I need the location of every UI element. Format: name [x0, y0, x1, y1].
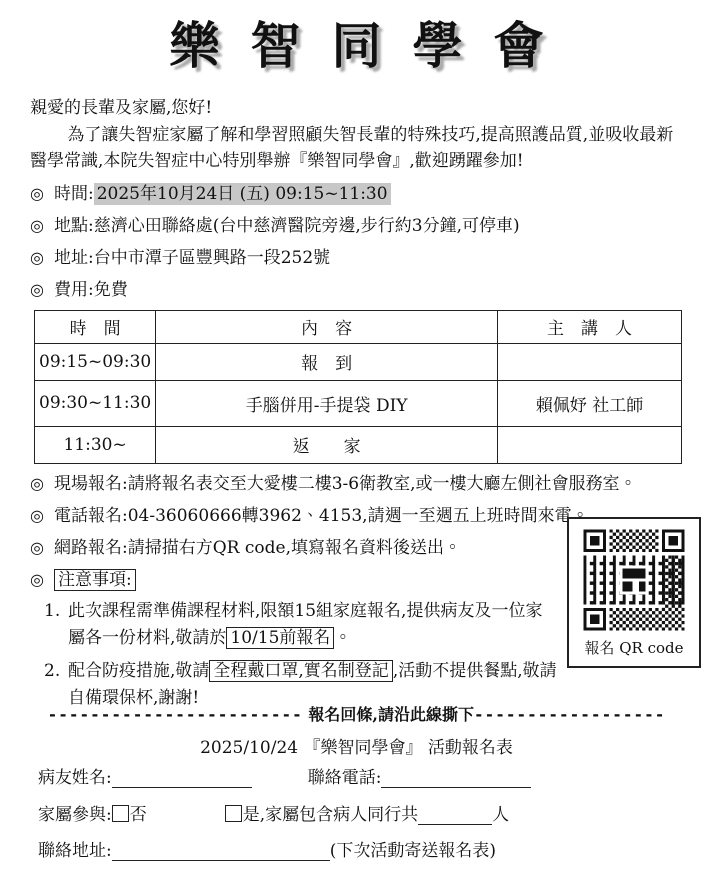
cell-time: 09:30~11:30 [35, 380, 156, 426]
checkbox-no-label: 否 [130, 805, 147, 825]
qr-code-box: 報名 QR code [567, 517, 701, 668]
cell-speaker [498, 426, 682, 463]
note2-prefix: 配合防疫措施,敬請 [68, 661, 209, 681]
header-content: 內 容 [156, 310, 498, 343]
note-text: 此次課程需準備課程材料,限額15組家庭報名,提供病友及一位家屬各一份材料,敬請於… [68, 598, 558, 652]
double-circle-bullet-icon: ◎ [30, 247, 54, 269]
flyer-page: 樂智同學會 親愛的長輩及家屬,您好! 為了讓失智症家屬了解和學習照顧失智長輩的特… [0, 0, 713, 892]
page-title: 樂智同學會 [30, 10, 683, 83]
cell-content: 手腦併用-手提袋 DIY [156, 380, 498, 426]
note-item-1: 1. 此次課程需準備課程材料,限額15組家庭報名,提供病友及一位家屬各一份材料,… [30, 598, 558, 652]
onsite-label: 現場報名: [54, 474, 128, 494]
qr-code-label: 報名 QR code [584, 637, 683, 658]
double-circle-bullet-icon: ◎ [30, 183, 54, 205]
cell-speaker: 賴佩妤 社工師 [498, 380, 682, 426]
registration-form-title: 2025/10/24 『樂智同學會』 活動報名表 [0, 733, 713, 758]
family-participation-label: 家屬參與: [38, 805, 112, 825]
fee-value: 免費 [94, 280, 128, 300]
cell-speaker [498, 343, 682, 380]
contact-phone-label: 聯絡電話: [308, 768, 382, 788]
time-label: 時間: [54, 184, 94, 204]
onsite-value: 請將報名表交至大愛樓二樓3-6衛教室,或一樓大廳左側社會服務室。 [128, 474, 637, 494]
table-row: 09:30~11:30 手腦併用-手提袋 DIY 賴佩妤 社工師 [35, 380, 682, 426]
header-time: 時 間 [35, 310, 156, 343]
cell-time: 09:15~09:30 [35, 343, 156, 380]
intro-paragraph: 為了讓失智症家屬了解和學習照顧失智長輩的特殊技巧,提高照護品質,並吸收最新醫學常… [30, 122, 683, 175]
form-row-family: 家屬參與:否是,家屬包含病人同行共人 [38, 800, 509, 825]
companion-count-blank[interactable] [418, 807, 492, 825]
online-reg-label: 網路報名: [54, 538, 128, 558]
info-line-address: ◎地址:台中市潭子區豐興路一段252號 [30, 247, 683, 270]
onsite-registration-line: ◎現場報名:請將報名表交至大愛樓二樓3-6衛教室,或一樓大廳左側社會服務室。 [30, 473, 683, 496]
tear-line-text: 報名回條,請沿此線撕下 [303, 705, 474, 724]
table-row: 09:15~09:30 報 到 [35, 343, 682, 380]
greeting-text: 親愛的長輩及家屬,您好! [30, 93, 683, 118]
person-unit-label: 人 [492, 805, 509, 825]
contact-address-blank[interactable] [112, 843, 330, 861]
time-value-highlighted: 2025年10月24日 (五) 09:15~11:30 [94, 183, 391, 205]
form-row-name-phone: 病友姓名:聯絡電話: [38, 763, 531, 788]
cell-content: 報 到 [156, 343, 498, 380]
location-value: 慈濟心田聯絡處(台中慈濟醫院旁邊,步行約3分鐘,可停車) [94, 216, 520, 236]
note1-boxed-deadline: 10/15前報名 [226, 627, 334, 649]
contact-address-label: 聯絡地址: [38, 841, 112, 861]
table-header-row: 時 間 內 容 主 講 人 [35, 310, 682, 343]
tear-dashes-right: ------------------ [474, 705, 665, 724]
double-circle-bullet-icon: ◎ [30, 537, 54, 559]
fee-label: 費用: [54, 280, 94, 300]
note2-boxed-mask-rule: 全程戴口罩,實名制登記 [209, 660, 392, 682]
location-label: 地點: [54, 216, 94, 236]
double-circle-bullet-icon: ◎ [30, 505, 54, 527]
table-row: 11:30~ 返 家 [35, 426, 682, 463]
patient-name-blank[interactable] [112, 770, 252, 788]
address-value: 台中市潭子區豐興路一段252號 [94, 248, 330, 268]
checkbox-no[interactable] [112, 805, 129, 822]
checkbox-yes[interactable] [225, 805, 242, 822]
address-label: 地址: [54, 248, 94, 268]
header-speaker: 主 講 人 [498, 310, 682, 343]
note1-suffix: 。 [334, 628, 351, 648]
phone-reg-value: 04-36060666轉3962、4153,請週一至週五上班時間來電。 [128, 506, 589, 526]
tear-dashes-left: ------------------------ [48, 705, 303, 724]
form-row-address: 聯絡地址:(下次活動寄送報名表) [38, 836, 496, 861]
schedule-table: 時 間 內 容 主 講 人 09:15~09:30 報 到 09:30~11:3… [34, 310, 682, 464]
online-reg-value: 請掃描右方QR code,填寫報名資料後送出。 [128, 538, 461, 558]
phone-reg-label: 電話報名: [54, 506, 128, 526]
double-circle-bullet-icon: ◎ [30, 473, 54, 495]
cell-content: 返 家 [156, 426, 498, 463]
info-line-time: ◎時間:2025年10月24日 (五) 09:15~11:30 [30, 183, 683, 206]
info-line-location: ◎地點:慈濟心田聯絡處(台中慈濟醫院旁邊,步行約3分鐘,可停車) [30, 215, 683, 238]
double-circle-bullet-icon: ◎ [30, 569, 54, 591]
notes-list: 1. 此次課程需準備課程材料,限額15組家庭報名,提供病友及一位家屬各一份材料,… [30, 598, 558, 713]
contact-phone-blank[interactable] [381, 770, 531, 788]
qr-code-image [580, 526, 688, 634]
double-circle-bullet-icon: ◎ [30, 279, 54, 301]
note-number: 1. [44, 598, 68, 652]
info-line-fee: ◎費用:免費 [30, 279, 683, 302]
tear-off-line: ------------------------ 報名回條,請沿此線撕下----… [0, 702, 713, 725]
double-circle-bullet-icon: ◎ [30, 215, 54, 237]
address-note: (下次活動寄送報名表) [330, 841, 496, 861]
patient-name-label: 病友姓名: [38, 768, 112, 788]
notes-title-boxed: 注意事項: [54, 569, 136, 591]
cell-time: 11:30~ [35, 426, 156, 463]
checkbox-yes-label: 是,家屬包含病人同行共 [243, 805, 418, 825]
